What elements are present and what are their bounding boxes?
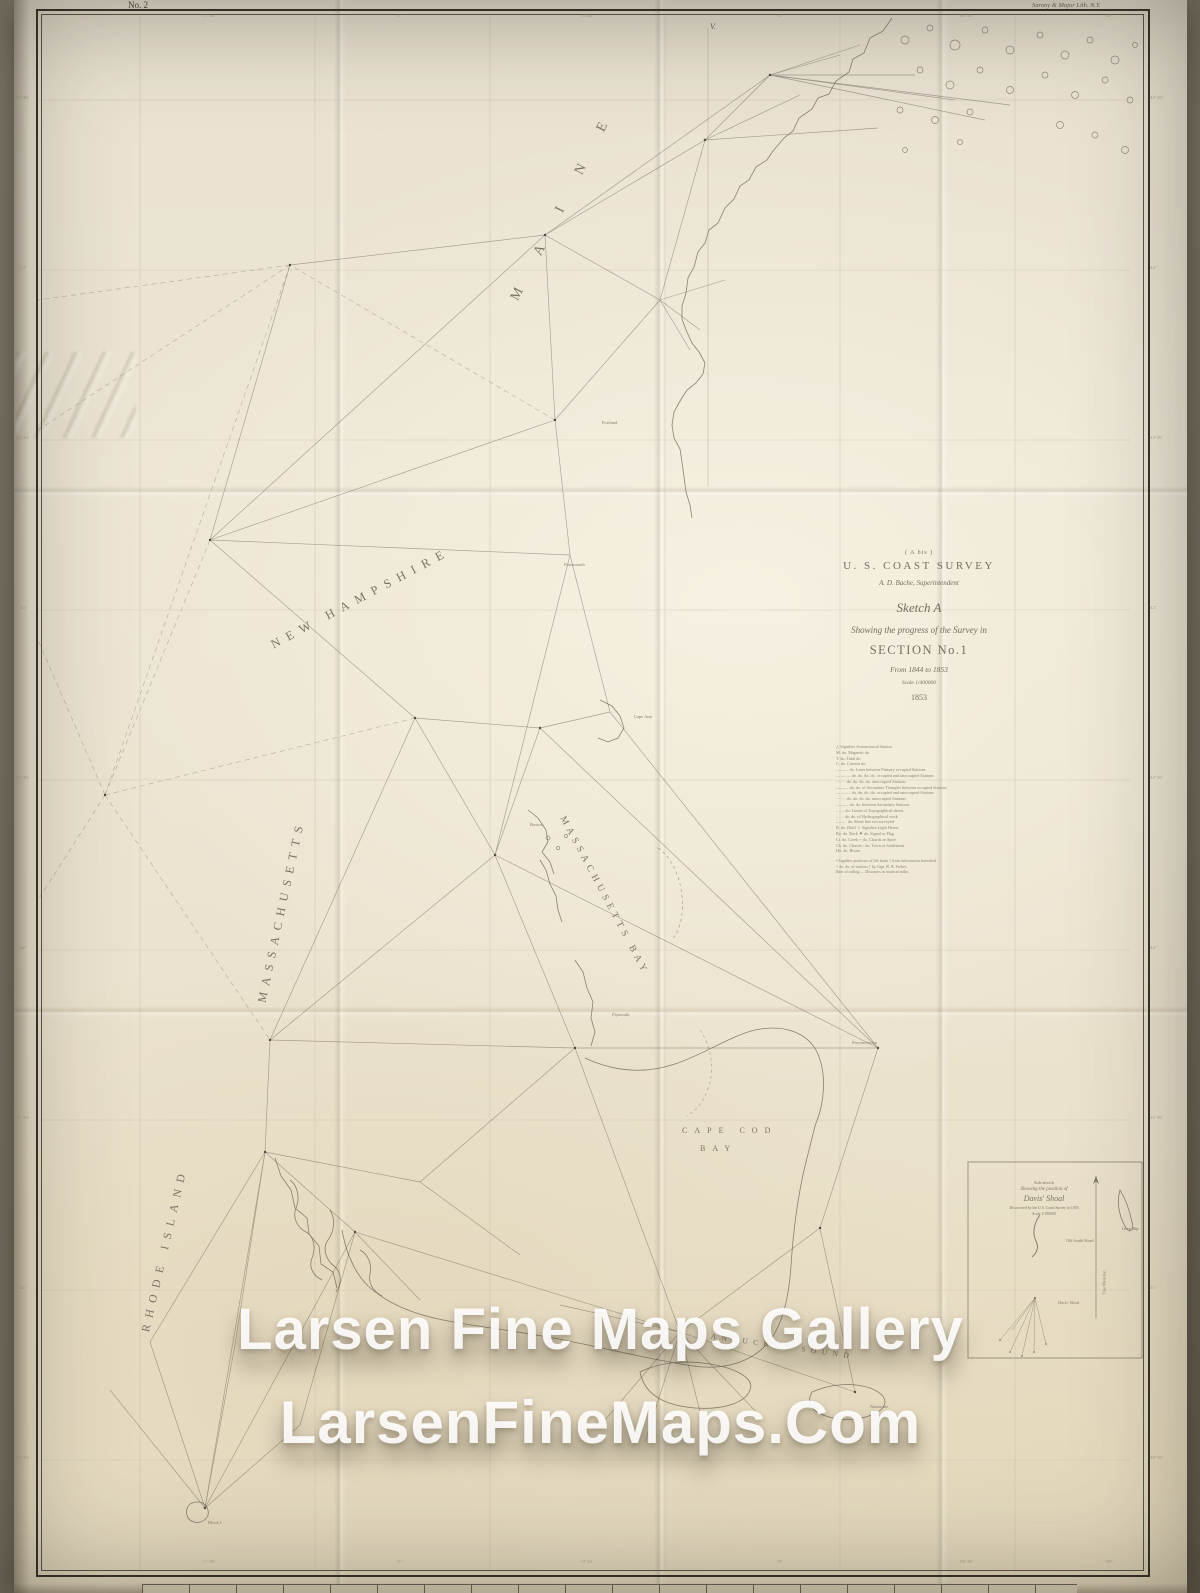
longitude-label: 69°30' <box>960 1560 973 1565</box>
latitude-label: 41°30' <box>16 1116 29 1121</box>
inset-title-scale: Scale 1/100000 <box>989 1212 1099 1216</box>
longitude-label: 71° <box>396 1560 403 1565</box>
latitude-label: 41°30' <box>1150 1116 1163 1121</box>
latitude-label: 42°30' <box>1150 776 1163 781</box>
inset-label: Old South Shoal <box>1066 1238 1094 1243</box>
place-label: Portland <box>602 420 617 425</box>
title-superintendent: A. D. Bache, Superintendent <box>784 579 1054 587</box>
title-block: ( A bis ) U. S. COAST SURVEY A. D. Bache… <box>784 550 1054 702</box>
latitude-label: 43°30' <box>1150 436 1163 441</box>
legend-footnotes: • Signifies positions of life boats } fr… <box>836 858 1066 874</box>
longitude-label: 69° <box>1106 1560 1113 1565</box>
latitude-label: 43°30' <box>16 436 29 441</box>
latitude-label: 43° <box>20 606 27 611</box>
inset-title-name: Davis' Shoal <box>989 1194 1099 1203</box>
title-survey: U. S. COAST SURVEY <box>784 560 1054 572</box>
place-label: Cape Ann <box>634 714 652 719</box>
sheet-number: No. 2 <box>128 0 148 10</box>
latitude-label: 43° <box>1150 606 1157 611</box>
inset-label: Great Rip <box>1122 1226 1138 1231</box>
lithographer-imprint: Sarony & Major Lith. N.Y. <box>1032 2 1101 9</box>
title-year: 1853 <box>784 693 1054 702</box>
place-label: Block I. <box>208 1520 223 1525</box>
latitude-label: 42° <box>1150 946 1157 951</box>
sea-label-cape-cod: CAPE COD <box>682 1126 777 1135</box>
meridian-mark: V. <box>710 22 716 31</box>
latitude-label: 44° <box>20 266 27 271</box>
place-label: Boston <box>530 822 543 827</box>
sea-label-cape-cod-bay: BAY <box>700 1144 737 1153</box>
latitude-label: 41° <box>1150 1286 1157 1291</box>
inset-title-discovered: Discovered by the U.S. Coast Survey in 1… <box>989 1206 1099 1210</box>
longitude-label: 70° <box>776 14 783 19</box>
inset-title-block: Sub-sketch Showing the position of Davis… <box>989 1180 1099 1216</box>
photo-background: No. 2 Sarony & Major Lith. N.Y. V. MAINE… <box>0 0 1200 1593</box>
legend-footnote: Rate of sailing — Distances in nautical … <box>836 869 1066 874</box>
latitude-label: 42° <box>20 946 27 951</box>
latitude-label: 42°30' <box>16 776 29 781</box>
place-label: Portsmouth <box>564 562 585 567</box>
legend: △ Signifies Astronomical StationM. do. M… <box>836 744 1066 874</box>
title-scale: Scale 1/400000 <box>784 680 1054 686</box>
longitude-label: 70° <box>776 1560 783 1565</box>
longitude-label: 70°30' <box>580 1560 593 1565</box>
title-plate-note: ( A bis ) <box>784 550 1054 556</box>
scale-bar-strip <box>142 1584 1077 1593</box>
latitude-label: 44° <box>1150 266 1157 271</box>
inset-title-sub: Sub-sketch <box>989 1180 1099 1185</box>
place-label: Nantucket <box>870 1404 889 1409</box>
longitude-label: 69°30' <box>960 14 973 19</box>
latitude-label: 40°30' <box>16 1456 29 1461</box>
inset-label: Davis' Shoal <box>1058 1300 1079 1305</box>
longitude-label: 71°30' <box>202 14 215 19</box>
title-daterange: From 1844 to 1853 <box>784 665 1054 674</box>
latitude-label: 40°30' <box>1150 1456 1163 1461</box>
inset-label: True Meridian <box>1102 1270 1107 1294</box>
latitude-label: 44°30' <box>1150 96 1163 101</box>
latitude-label: 44°30' <box>16 96 29 101</box>
legend-rows: △ Signifies Astronomical StationM. do. M… <box>836 744 1066 854</box>
title-sketch: Sketch A <box>784 600 1054 616</box>
latitude-label: 41° <box>20 1286 27 1291</box>
longitude-label: 71° <box>396 14 403 19</box>
inset-title-showing: Showing the position of <box>989 1187 1099 1192</box>
title-section: SECTION No.1 <box>784 643 1054 658</box>
longitude-label: 71°30' <box>202 1560 215 1565</box>
longitude-label: 69° <box>1106 14 1113 19</box>
map-sheet: No. 2 Sarony & Major Lith. N.Y. V. MAINE… <box>14 0 1187 1593</box>
longitude-label: 70°30' <box>580 14 593 19</box>
place-label: Provincetown <box>852 1040 877 1045</box>
title-showing: Showing the progress of the Survey in <box>784 625 1054 635</box>
legend-row: Ho. do. House <box>836 848 1066 854</box>
place-label: Plymouth <box>612 1012 630 1017</box>
